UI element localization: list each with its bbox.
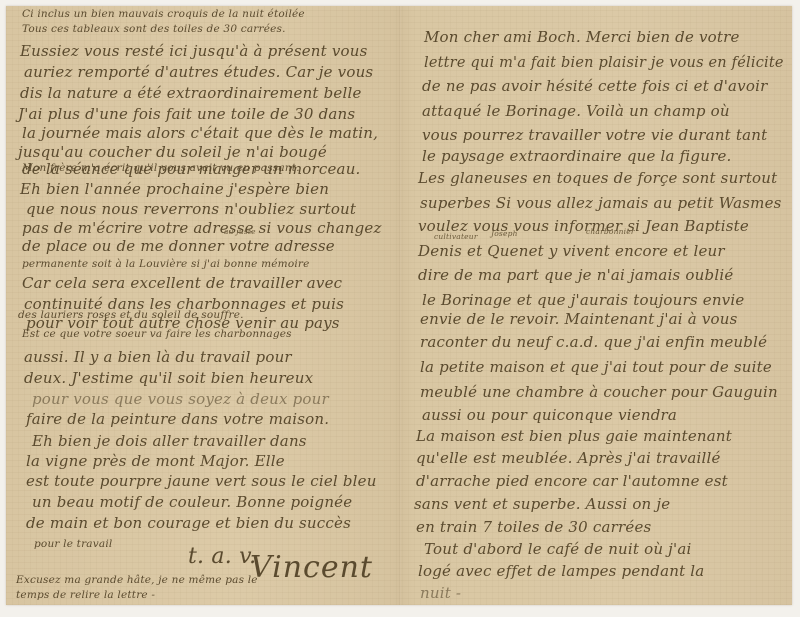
left-line-25: Eh bien je dois aller travailler dans (32, 432, 307, 450)
left-line-22: deux. J'estime qu'il soit bien heureux (24, 369, 313, 387)
annotation-joseph: Joseph (491, 229, 518, 238)
right-line-14: raconter du neuf c.a.d. que j'ai enfin m… (420, 333, 767, 351)
right-line-25: nuit - (420, 584, 461, 602)
left-line-28: un beau motif de couleur. Bonne poignée (32, 493, 352, 511)
page-fold (399, 6, 401, 605)
left-line-1: Ci inclus un bien mauvais croquis de la … (22, 8, 305, 20)
insertion-au-juste: au juste (224, 227, 256, 236)
right-line-18: La maison est bien plus gaie maintenant (416, 427, 732, 445)
left-line-4: auriez remporté d'autres études. Car je … (24, 63, 373, 81)
right-line-5: vous pourrez travailler votre vie durant… (422, 126, 767, 144)
left-line-16: Car cela sera excellent de travailler av… (22, 274, 342, 292)
left-line-19: des lauriers roses et du soleil de souff… (18, 309, 244, 321)
left-line-7: la journée mais alors c'était que dès le… (22, 124, 378, 142)
left-line-5-text: dis la nature a été extraordinairement b… (20, 84, 362, 102)
right-line-20: d'arrache pied encore car l'automne est (416, 472, 728, 490)
right-line-6: le paysage extraordinaire que la figure. (422, 147, 732, 165)
right-line-15-text: la petite maison et que j'ai tout pour d… (420, 358, 772, 376)
left-line-24: faire de la peinture dans votre maison. (26, 410, 329, 428)
left-line-30: pour le travail (34, 538, 112, 550)
letter-paper: Ci inclus un bien mauvais croquis de la … (6, 6, 792, 605)
right-line-4: attaqué le Borinage. Voilà un champ où (422, 102, 730, 120)
left-line-29: de main et bon courage et bien du succès (26, 514, 351, 532)
right-line-7: Les glaneuses en toques de forçe sont su… (418, 169, 777, 187)
right-line-19: qu'elle est meublée. Après j'ai travaill… (416, 449, 721, 467)
left-line-2: Tous ces tableaux sont des toiles de 30 … (22, 23, 286, 35)
left-line-10: Mon frère m'a écrit qu'il vous avait vu … (22, 162, 300, 174)
right-line-12: le Borinage et que j'aurais toujours env… (422, 291, 744, 309)
right-line-15: la petite maison et que j'ai tout pour d… (420, 358, 772, 376)
left-line-3: Eussiez vous resté ici jusqu'à à présent… (20, 42, 368, 60)
right-line-8: superbes Si vous allez jamais au petit W… (420, 194, 782, 212)
left-line-8: jusqu'au coucher du soleil je n'ai bougé (18, 143, 327, 161)
left-line-12: que nous nous reverrons n'oubliez surtou… (26, 200, 356, 218)
left-line-6: J'ai plus d'une fois fait une toile de 3… (18, 105, 355, 123)
right-line-11: dire de ma part que je n'ai jamais oubli… (418, 266, 733, 284)
closing-initials: t. a. v. (188, 544, 256, 569)
right-line-17: aussi ou pour quiconque viendra (422, 406, 677, 424)
right-line-3: de ne pas avoir hésité cette fois ci et … (422, 77, 767, 95)
left-line-21: aussi. Il y a bien là du travail pour (24, 348, 292, 366)
right-line-24: logé avec effet de lampes pendant la (418, 562, 704, 580)
left-line-14: de place ou de me donner votre adresse (22, 237, 335, 255)
left-line-5: dis la nature a été extraordinairement b… (20, 84, 362, 102)
right-line-2: lettre qui m'a fait bien plaisir je vous… (424, 53, 784, 71)
right-line-23: Tout d'abord le café de nuit où j'ai (424, 540, 692, 558)
document-frame: Ci inclus un bien mauvais croquis de la … (0, 0, 800, 617)
right-line-1: Mon cher ami Boch. Merci bien de votre (424, 28, 740, 46)
left-line-23: pour vous que vous soyez à deux pour (32, 390, 329, 408)
left-line-15: permanente soit à la Louvière si j'ai bo… (22, 258, 310, 270)
right-line-16: meublé une chambre à coucher pour Gaugui… (420, 383, 778, 401)
right-line-13: envie de le revoir. Maintenant j'ai à vo… (420, 310, 738, 328)
postscript-line-1: Excusez ma grande hâte, je ne même pas l… (16, 574, 258, 586)
left-line-27: est toute pourpre jaune vert sous le cie… (26, 472, 377, 490)
left-line-13: pas de m'écrire votre adresse si vous ch… (22, 219, 382, 237)
left-line-14-text: de place ou de me donner votre adresse (22, 237, 335, 255)
right-line-22: en train 7 toiles de 30 carrées (416, 518, 651, 536)
right-line-21: sans vent et superbe. Aussi on je (414, 495, 670, 513)
signature: Vincent (250, 550, 373, 585)
left-line-20: Est ce que votre soeur va faire les char… (22, 328, 292, 340)
annotation-charbonnier: charbonnier (586, 227, 635, 236)
left-line-11: Eh bien l'année prochaine j'espère bien (20, 180, 329, 198)
annotation-cultivateur: cultivateur (434, 232, 478, 241)
postscript-line-2: temps de relire la lettre - (16, 589, 155, 601)
left-line-26: la vigne près de mont Major. Elle (26, 452, 285, 470)
right-line-10: Denis et Quenet y vivent encore et leur (418, 242, 725, 260)
